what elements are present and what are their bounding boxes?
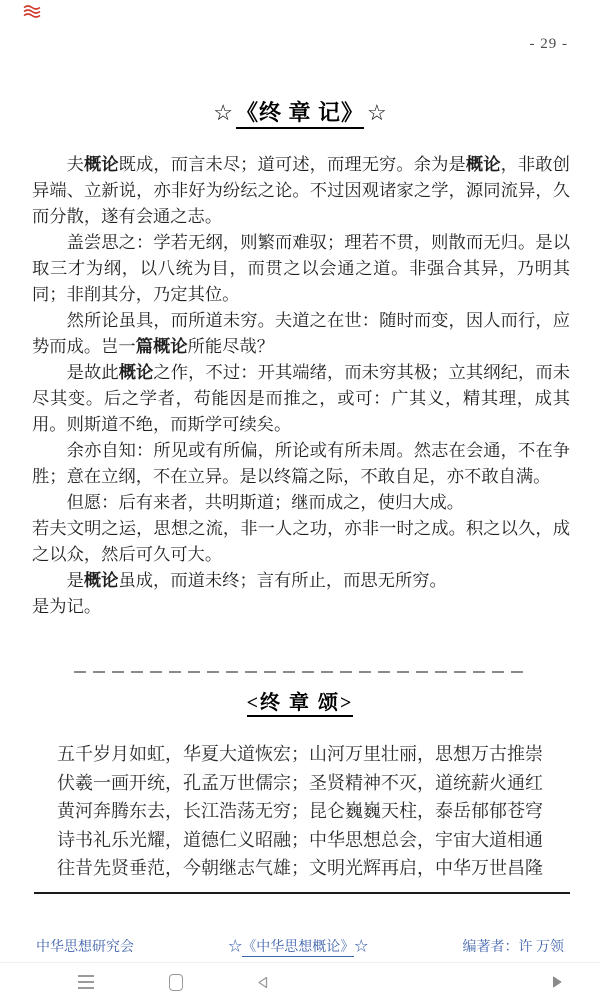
ode-line: 诗书礼乐光耀，道德仁义昭融；中华思想总会，宇宙大道相通: [0, 826, 600, 855]
footer-organization: 中华思想研究会: [36, 936, 134, 956]
ode-line: 往昔先贤垂范，今朝继志气雄；文明光辉再启，中华万世昌隆: [0, 854, 600, 883]
android-nav-bar: [0, 962, 600, 1000]
footer-book-title: ☆《中华思想概论》☆: [228, 936, 368, 956]
essay-paragraph: 盖尝思之：学若无纲，则繁而难驭；理若不贯，则散而无归。是以取三才为纲，以八统为目…: [32, 230, 570, 308]
red-scribble-icon: [22, 4, 42, 23]
page-number: - 29 -: [530, 36, 569, 53]
document-page: - 29 - ☆《终 章 记》☆ 夫概论既成，而言未尽；道可述，而理无穷。余为是…: [0, 0, 600, 1000]
star-icon: ☆: [364, 100, 390, 125]
essay-paragraph: 若夫文明之运，思想之流，非一人之功，亦非一时之成。积之以久，成之以众，然后可久可…: [32, 516, 570, 568]
essay-paragraph: 是概论虽成，而道未终；言有所止，而思无所穷。: [32, 568, 570, 594]
back-icon[interactable]: [248, 963, 276, 1000]
ode-line: 黄河奔腾东去，长江浩荡无穷；昆仑巍巍天柱，泰岳郁郁苍穹: [0, 797, 600, 826]
ode-body: 五千岁月如虹，华夏大道恢宏；山河万里壮丽，思想万古推崇伏羲一画开统，孔孟万世儒宗…: [0, 740, 600, 883]
star-icon: ☆: [228, 940, 242, 955]
ode-line: 五千岁月如虹，华夏大道恢宏；山河万里壮丽，思想万古推崇: [0, 740, 600, 769]
footer-rule: [34, 892, 570, 894]
essay-paragraph: 然所论虽具，而所道未穷。夫道之在世：随时而变，因人而行，应势而成。岂一篇概论所能…: [32, 308, 570, 360]
essay-title: ☆《终 章 记》☆: [0, 96, 600, 127]
dashed-divider: [74, 671, 526, 673]
star-icon: ☆: [354, 940, 368, 955]
footer-author-label: 编著者：: [463, 940, 519, 955]
essay-paragraph: 夫概论既成，而言未尽；道可述，而理无穷。余为是概论，非敢创异端、立新说，亦非好为…: [32, 152, 570, 230]
star-icon: ☆: [210, 100, 236, 125]
essay-paragraph: 是故此概论之作，不过：开其端绪，而未穷其极；立其纲纪，而未尽其变。后之学者，苟能…: [32, 360, 570, 438]
essay-paragraph: 是为记。: [32, 594, 570, 620]
recent-apps-icon[interactable]: [162, 963, 190, 1000]
essay-body: 夫概论既成，而言未尽；道可述，而理无穷。余为是概论，非敢创异端、立新说，亦非好为…: [32, 152, 570, 620]
recent-apps-icon-square: [169, 974, 183, 991]
essay-paragraph: 余亦自知：所见或有所偏，所论或有所未周。然志在会通，不在争胜；意在立纲，不在立异…: [32, 438, 570, 490]
footer-book-title-text: 《中华思想概论》: [242, 940, 354, 957]
ode-title: <终 章 颂>: [0, 686, 600, 715]
menu-icon-lines: [78, 975, 94, 989]
menu-icon[interactable]: [72, 963, 100, 1000]
ode-title-text: <终 章 颂>: [247, 692, 354, 717]
forward-icon[interactable]: [542, 963, 570, 1000]
ode-line: 伏羲一画开统，孔孟万世儒宗；圣贤精神不灭，道统薪火通红: [0, 769, 600, 798]
page-footer: 中华思想研究会 ☆《中华思想概论》☆ 编著者：许 万领: [36, 936, 564, 956]
essay-title-text: 《终 章 记》: [236, 100, 364, 129]
essay-paragraph: 但愿：后有来者，共明斯道；继而成之，使归大成。: [32, 490, 570, 516]
footer-author: 编著者：许 万领: [463, 936, 565, 956]
footer-author-name: 许 万领: [519, 940, 565, 955]
